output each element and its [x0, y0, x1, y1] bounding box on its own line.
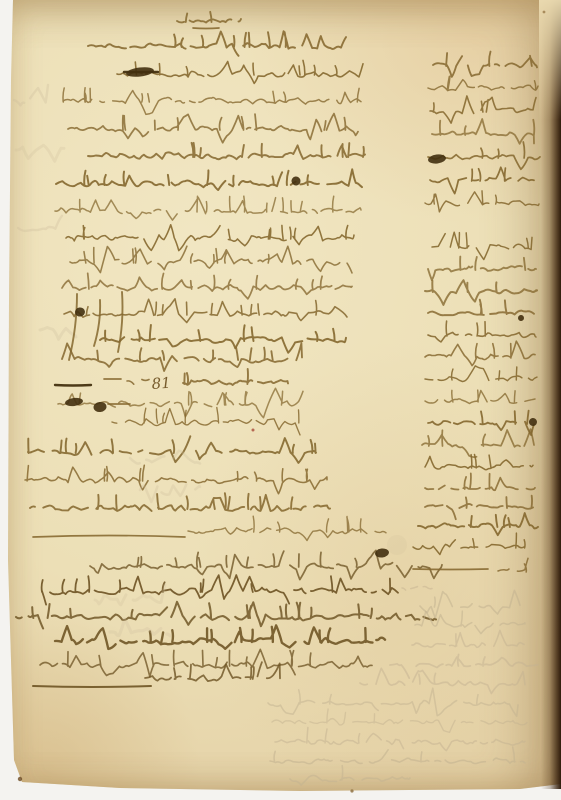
header-word: [177, 12, 241, 23]
scan-backdrop: 81 Scanned page of a Renaissance noteboo…: [0, 0, 561, 800]
bottom-paragraph: [16, 550, 442, 681]
left-margin-smudges: [14, 85, 200, 636]
verso-bleedthrough: [268, 586, 538, 785]
svg-text:81: 81: [151, 374, 171, 393]
handwriting-layer: 81: [0, 0, 561, 800]
right-margin-column: [413, 52, 540, 572]
main-text-block: [25, 31, 386, 540]
